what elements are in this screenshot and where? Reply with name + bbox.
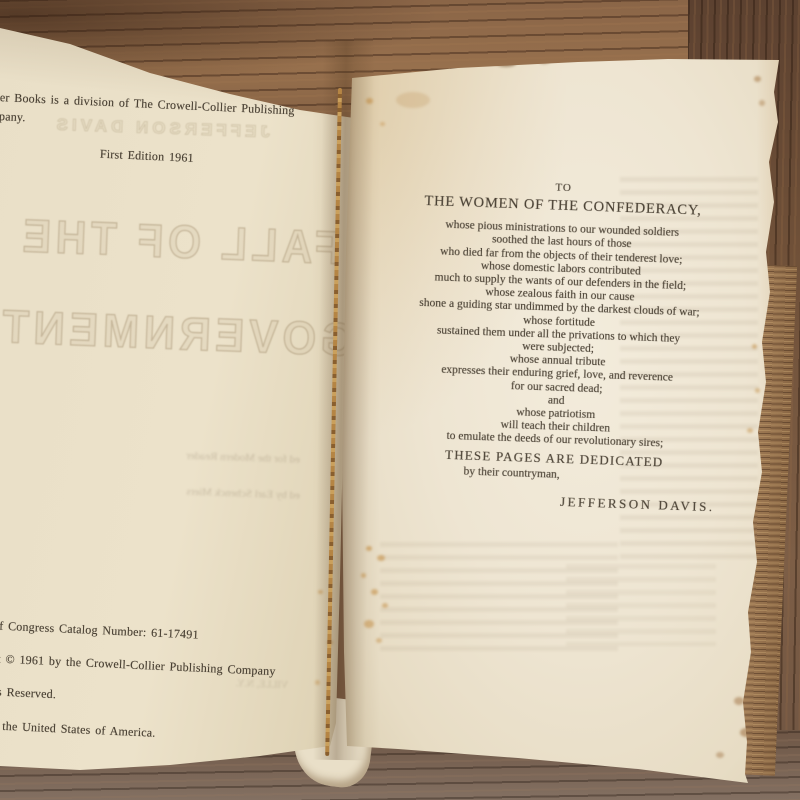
right-page: TO THE WOMEN OF THE CONFEDERACY, whose p… (338, 52, 788, 792)
rights-reserved-line: Rights Reserved. (0, 683, 56, 702)
catalog-number-line: ary of Congress Catalog Number: 61-17491 (0, 617, 199, 642)
foxing-spot (759, 100, 765, 106)
spine-gutter-shadow (313, 40, 375, 761)
foxing-spot (755, 388, 760, 393)
foxing-spot (376, 638, 382, 643)
stain-smudge (396, 92, 430, 108)
foxing-spot (377, 555, 385, 561)
dedication-signature: JEFFERSON DAVIS. (357, 488, 749, 515)
foxing-spot (752, 344, 757, 349)
foxing-spot (747, 428, 753, 433)
left-page-text-block: ier Books is a division of The Crowell-C… (0, 18, 360, 794)
foxing-spot (754, 76, 761, 82)
edition-line: First Edition 1961 (100, 147, 195, 166)
foxing-spot (371, 589, 378, 595)
imprint-line-2: mpany. (0, 109, 26, 126)
foxing-spot (380, 122, 385, 126)
stain-smudge (716, 752, 724, 758)
stain-smudge (734, 697, 744, 705)
copyright-line: yright © 1961 by the Crowell-Collier Pub… (0, 650, 276, 679)
dedication-text-block: TO THE WOMEN OF THE CONFEDERACY, whose p… (357, 175, 760, 515)
foxing-spot (382, 603, 388, 608)
ghost-paragraph-show-through (566, 564, 716, 646)
left-page: JEFFERSON DAVIS FALL OF THE GOVERNMENT e… (0, 18, 358, 784)
printed-in-usa-line: ted in the United States of America. (0, 717, 156, 741)
